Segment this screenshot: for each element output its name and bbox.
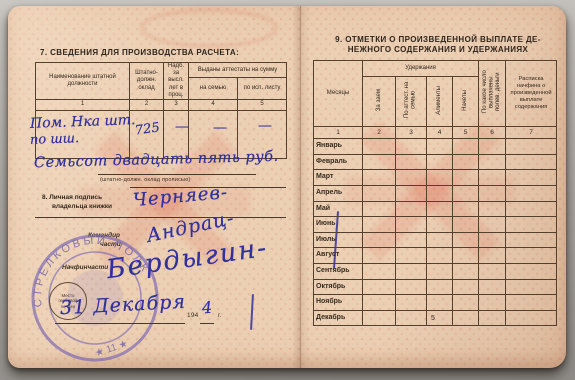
empty-cell — [453, 217, 479, 233]
faded-stamp-mark — [140, 8, 278, 48]
month-cell: Апрель — [314, 185, 363, 201]
regiment-round-stamp: СТРЕЛКОВЫЙ ПОЛК ★ 11 ★ — [7, 210, 183, 380]
empty-cell — [363, 139, 396, 155]
empty-cell — [396, 310, 427, 326]
empty-cell — [363, 170, 396, 186]
rule-above-s8 — [130, 187, 286, 188]
empty-cell — [453, 185, 479, 201]
empty-cell — [453, 263, 479, 279]
empty-cell — [506, 310, 557, 326]
empty-cell — [427, 263, 453, 279]
month-cell: Июль — [314, 232, 363, 248]
page-gutter — [292, 6, 310, 368]
header-months: Месяцы — [314, 61, 363, 127]
section9-title-line1: 9. ОТМЕТКИ О ПРОИЗВЕДЕННОЙ ВЫПЛАТЕ ДЕ- — [315, 35, 561, 45]
empty-cell — [479, 170, 506, 186]
cell-family — [189, 110, 238, 158]
empty-cell — [396, 201, 427, 217]
colnum: 5 — [238, 99, 287, 110]
empty-cell — [479, 185, 506, 201]
empty-cell — [363, 248, 396, 264]
empty-cell — [506, 217, 557, 233]
rule-below-s8 — [35, 217, 286, 218]
empty-cell — [506, 263, 557, 279]
month-cell: Февраль — [314, 154, 363, 170]
empty-cell — [396, 170, 427, 186]
empty-cell — [427, 185, 453, 201]
header-deductions-group: Удержания — [363, 61, 479, 77]
month-cell: Август — [314, 248, 363, 264]
month-cell: Март — [314, 170, 363, 186]
colnum: 3 — [164, 99, 189, 110]
header-family: на семью — [189, 78, 238, 100]
empty-cell — [363, 201, 396, 217]
header-attest: По аттест. на семью — [396, 77, 427, 127]
empty-cell — [453, 139, 479, 155]
empty-cell — [479, 279, 506, 295]
empty-cell — [453, 295, 479, 311]
empty-cell — [363, 263, 396, 279]
colnum: 2 — [363, 127, 396, 139]
empty-cell — [396, 139, 427, 155]
amount-caption: (штатно-должн. оклад прописью) — [100, 177, 190, 183]
empty-cell — [396, 263, 427, 279]
section8-label-1: 8. Личная подпись — [42, 194, 102, 201]
colnum: 1 — [36, 99, 130, 110]
header-bonus: Надб. за высл. лет в проц. — [164, 63, 189, 100]
hw-year-digit: 4 — [201, 298, 212, 318]
month-cell: Июнь — [314, 217, 363, 233]
empty-cell — [479, 217, 506, 233]
empty-cell — [506, 154, 557, 170]
empty-cell — [427, 232, 453, 248]
empty-cell — [396, 232, 427, 248]
colnum: 6 — [479, 127, 506, 139]
cell-position — [36, 110, 130, 158]
empty-cell — [453, 279, 479, 295]
empty-cell — [427, 248, 453, 264]
empty-cell — [506, 248, 557, 264]
empty-cell — [396, 248, 427, 264]
month-cell: Май — [314, 201, 363, 217]
empty-cell — [453, 232, 479, 248]
empty-cell — [479, 295, 506, 311]
empty-cell — [427, 217, 453, 233]
empty-cell — [506, 295, 557, 311]
colnum: 3 — [396, 127, 427, 139]
empty-cell — [427, 295, 453, 311]
empty-cell — [363, 310, 396, 326]
month-cell: Январь — [314, 139, 363, 155]
empty-cell — [506, 185, 557, 201]
empty-cell — [506, 139, 557, 155]
empty-cell — [453, 201, 479, 217]
scanned-paybook-photo: 7. СВЕДЕНИЯ ДЛЯ ПРОИЗВОДСТВА РАСЧЕТА: На… — [0, 0, 575, 380]
empty-cell — [506, 279, 557, 295]
seal-line: печати — [61, 304, 75, 310]
empty-cell — [363, 279, 396, 295]
empty-cell — [427, 139, 453, 155]
header-alimony: Алименты — [427, 77, 453, 127]
empty-cell — [479, 310, 506, 326]
colnum: 2 — [130, 99, 164, 110]
empty-cell — [396, 279, 427, 295]
empty-cell — [363, 232, 396, 248]
colnum: 4 — [427, 127, 453, 139]
empty-cell — [363, 295, 396, 311]
cell-bonus — [164, 110, 189, 158]
payments-table: Месяцы Удержания По какое число выплачен… — [313, 60, 557, 326]
cell-salary — [130, 110, 164, 158]
header-receipt: Расписка начфина о произведенной выплате… — [506, 61, 557, 127]
section8-label-2: владельца книжки — [52, 203, 112, 210]
empty-cell — [506, 170, 557, 186]
empty-cell — [427, 170, 453, 186]
open-paybook: 7. СВЕДЕНИЯ ДЛЯ ПРОИЗВОДСТВА РАСЧЕТА: На… — [8, 6, 566, 368]
header-position: Наименование штатной должности — [36, 63, 130, 100]
colnum: 7 — [506, 127, 557, 139]
hw-commander-signature: Андрац- — [145, 207, 237, 247]
header-certificates-group: Выданы аттестаты на сумму — [189, 63, 287, 78]
printed-year-suffix: г. — [218, 312, 222, 319]
colnum: 1 — [314, 127, 363, 139]
empty-cell — [506, 232, 557, 248]
empty-cell — [396, 295, 427, 311]
empty-cell — [396, 217, 427, 233]
month-cell: Октябрь — [314, 279, 363, 295]
empty-cell — [427, 154, 453, 170]
month-cell: Ноябрь — [314, 295, 363, 311]
header-loan: За заем — [363, 77, 396, 127]
section9-title: 9. ОТМЕТКИ О ПРОИЗВЕДЕННОЙ ВЫПЛАТЕ ДЕ- Н… — [315, 35, 561, 55]
section9-title-line2: НЕЖНОГО СОДЕРЖАНИЯ И УДЕРЖАНИЯХ — [315, 45, 561, 55]
empty-cell — [479, 263, 506, 279]
empty-cell — [396, 154, 427, 170]
month-cell: Сентябрь — [314, 263, 363, 279]
printed-year-prefix: 194 — [187, 312, 198, 319]
empty-cell — [479, 201, 506, 217]
empty-cell — [479, 139, 506, 155]
month-cell: Декабрь — [314, 310, 363, 326]
empty-cell — [479, 154, 506, 170]
empty-cell — [363, 217, 396, 233]
empty-cell — [363, 185, 396, 201]
empty-cell — [363, 154, 396, 170]
page-number: 5 — [431, 315, 435, 322]
empty-cell — [453, 248, 479, 264]
year-underline — [200, 323, 214, 324]
seal-placeholder-circle: Место гербовой печати — [49, 282, 87, 320]
header-paid-until: По какое число выплачены полев. деньги — [479, 61, 506, 127]
header-salary: Штатно-должн. оклад — [130, 63, 164, 100]
empty-cell — [396, 185, 427, 201]
date-underline — [55, 323, 185, 324]
header-writ: по исп. листу — [238, 78, 287, 100]
empty-cell — [427, 279, 453, 295]
empty-cell — [506, 201, 557, 217]
section7-title: 7. СВЕДЕНИЯ ДЛЯ ПРОИЗВОДСТВА РАСЧЕТА: — [40, 48, 239, 57]
ink-stroke — [250, 294, 254, 330]
cell-writ — [238, 110, 287, 158]
colnum: 4 — [189, 99, 238, 110]
empty-cell — [453, 170, 479, 186]
empty-cell — [453, 154, 479, 170]
header-nachety: Начеты — [453, 77, 479, 127]
empty-cell — [453, 310, 479, 326]
rule-amount — [98, 174, 256, 175]
empty-cell — [479, 248, 506, 264]
colnum: 5 — [453, 127, 479, 139]
empty-cell — [479, 232, 506, 248]
calculation-table: Наименование штатной должности Штатно-до… — [35, 62, 287, 159]
empty-cell — [427, 201, 453, 217]
